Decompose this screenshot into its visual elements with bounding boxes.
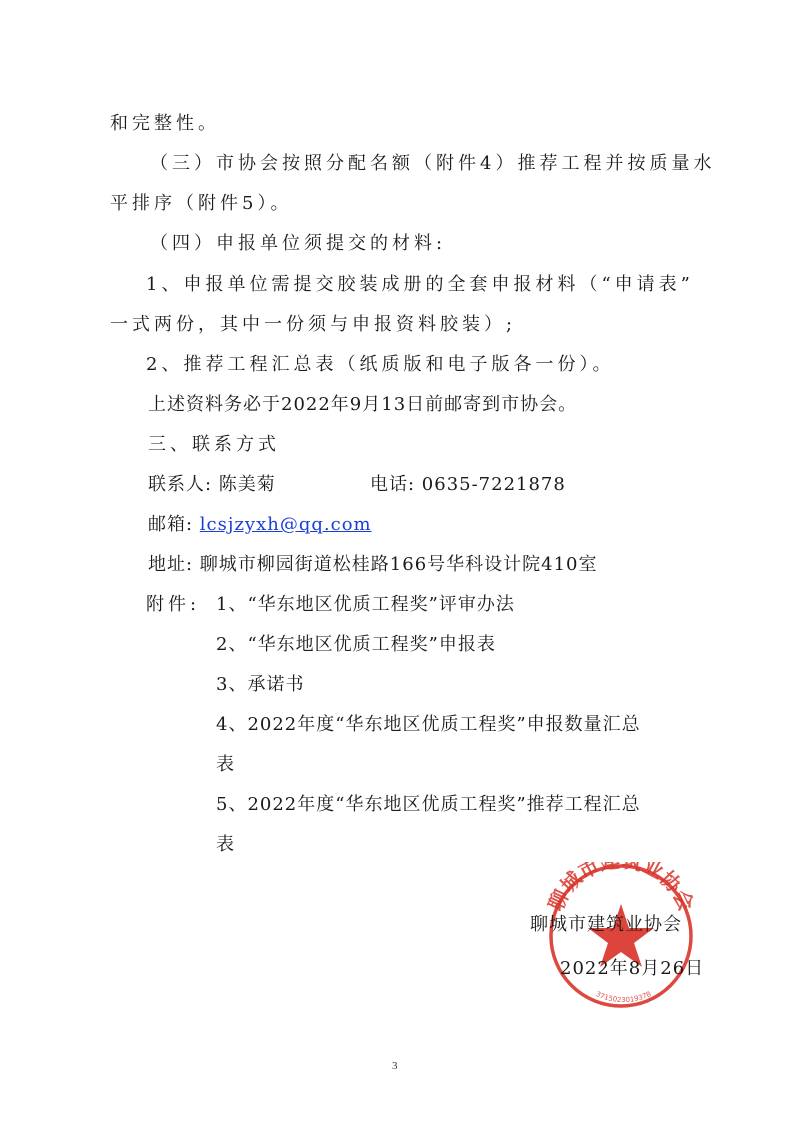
paragraph-line: （四）申报单位须提交的材料:	[150, 233, 446, 255]
email-link[interactable]: lcsjzyxh@qq.com	[200, 514, 372, 535]
attachment-item-continued: 表	[216, 834, 235, 856]
document-page: 和完整性。 （三）市协会按照分配名额（附件4）推荐工程并按质量水 平排序（附件5…	[0, 0, 795, 1123]
seal-text: 聊城市建筑业协会	[543, 862, 698, 914]
attachment-item: 5、2022年度“华东地区优质工程奖”推荐工程汇总	[216, 794, 641, 816]
paragraph-line: 1、申报单位需提交胶装成册的全套申报材料（“申请表”	[146, 274, 694, 296]
contact-phone: 电话: 0635-7221878	[370, 474, 566, 496]
paragraph-line: 平排序（附件5）。	[110, 193, 292, 215]
paragraph-line: 2、推荐工程汇总表（纸质版和电子版各一份）。	[146, 354, 614, 376]
attachments-label: 附件:	[146, 594, 200, 616]
paragraph-line: （三）市协会按照分配名额（附件4）推荐工程并按质量水	[150, 153, 715, 175]
paragraph-line: 上述资料务必于2022年9月13日前邮寄到市协会。	[148, 394, 577, 416]
page-number: 3	[392, 1060, 398, 1072]
attachment-item: 2、“华东地区优质工程奖”申报表	[216, 634, 496, 656]
email-label: 邮箱:	[148, 514, 200, 535]
contact-person: 联系人: 陈美菊	[148, 474, 276, 496]
contact-email-row: 邮箱: lcsjzyxh@qq.com	[148, 514, 372, 536]
contact-address: 地址: 聊城市柳园街道松桂路166号华科设计院410室	[148, 554, 598, 576]
section-heading-contact: 三、联系方式	[148, 434, 280, 456]
attachment-item: 1、“华东地区优质工程奖”评审办法	[216, 594, 515, 616]
paragraph-line: 一式两份，其中一份须与申报资料胶装）;	[110, 314, 516, 336]
official-seal-icon: 聊城市建筑业协会 3715023019378	[536, 862, 706, 1010]
attachment-item: 3、承诺书	[216, 674, 304, 696]
signature-date: 2022年8月26日	[560, 958, 704, 980]
attachment-item: 4、2022年度“华东地区优质工程奖”申报数量汇总	[216, 714, 641, 736]
seal-serial: 3715023019378	[595, 990, 653, 1004]
paragraph-line: 和完整性。	[110, 113, 220, 135]
attachment-item-continued: 表	[216, 754, 235, 776]
signature-organization: 聊城市建筑业协会	[530, 914, 682, 936]
